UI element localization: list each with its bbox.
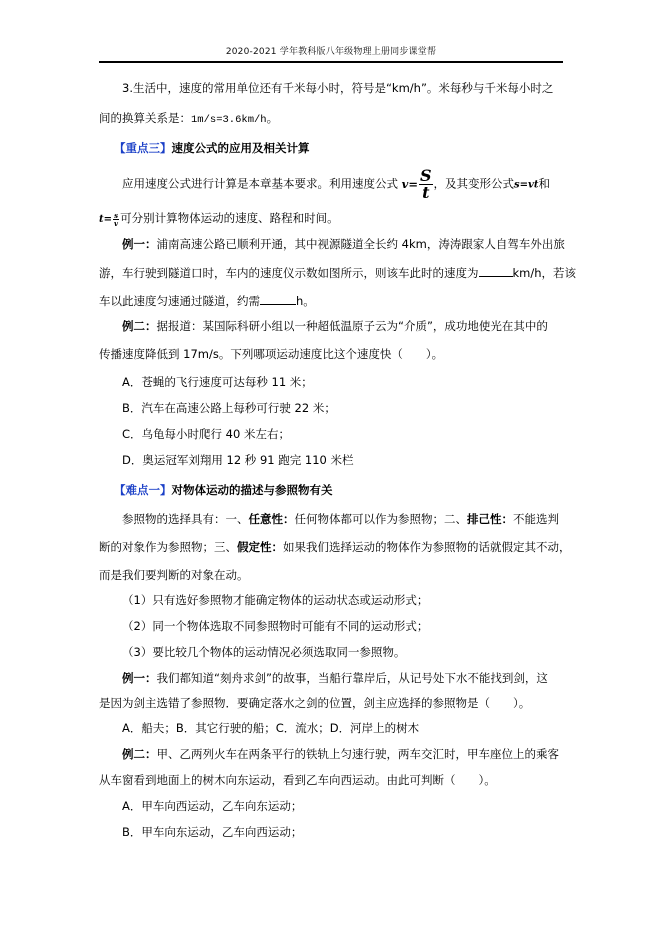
heading-title: 速度公式的应用及相关计算: [172, 141, 310, 155]
example-label: 例一：: [122, 671, 157, 685]
example-2-line-1: 例二：据报道：某国际科研小组以一种超低温原子云为“介质”，成功地使光在其中的: [122, 318, 563, 334]
example-text: 车以此速度匀速通过隧道，约需: [99, 294, 260, 308]
example-text: h。: [296, 294, 315, 308]
note-line-2: 间的换算关系是：1m/s=3.6km/h。: [99, 110, 563, 128]
paragraph-text: ，及其变形公式: [434, 177, 515, 191]
example-text: 浦南高速公路已顺利开通，其中视源隧道全长约 4km，涛涛跟家人自驾车外出旅: [157, 237, 565, 251]
difficulty-para-line-2: 断的对象作为参照物；三、假定性：如果我们选择运动的物体作为参照物的话就假定其不动…: [99, 539, 563, 555]
term-assumption: 假定性：: [237, 540, 283, 554]
answer-blank-speed[interactable]: [479, 264, 513, 277]
page-header: 2020-2021 学年教科版八年级物理上册同步课堂帮: [99, 44, 563, 57]
heading-title: 对物体运动的描述与参照物有关: [172, 483, 333, 497]
paragraph-text: 应用速度公式进行计算是本章基本要求。利用速度公式: [122, 177, 402, 191]
term-arbitrariness: 任意性：: [249, 512, 295, 526]
example-2-option-c: C．乌龟每小时爬行 40 米左右；: [122, 426, 563, 442]
key-point-heading: 【重点三】速度公式的应用及相关计算: [114, 140, 578, 156]
paragraph-text: 断的对象作为参照物；三、: [99, 540, 237, 554]
example-3-options: A．船夫；B．其它行驶的船；C．流水；D．河岸上的树木: [122, 720, 563, 736]
fraction: sv: [113, 212, 119, 227]
formula-lhs: v=: [402, 177, 418, 191]
header-rule: [99, 61, 563, 63]
answer-blank-time[interactable]: [260, 292, 296, 305]
example-2-option-d: D．奥运冠军刘翔用 12 秒 91 跑完 110 米栏: [122, 452, 563, 468]
note-line-1: 3.生活中，速度的常用单位还有千米每小时，符号是“km/h”。米每秒与千米每小时…: [122, 80, 563, 96]
example-label: 例一：: [122, 237, 157, 251]
example-2-option-a: A．苍蝇的飞行速度可达每秒 11 米；: [122, 374, 563, 390]
example-3-line-2: 是因为剑主选错了参照物．要确定落水之剑的位置，剑主应选择的参照物是（ ）。: [99, 695, 563, 711]
example-text: km/h，若该: [513, 266, 577, 280]
example-label: 例二：: [122, 747, 157, 761]
formula-paragraph-line-1: 应用速度公式进行计算是本章基本要求。利用速度公式 v=St，及其变形公式s=vt…: [122, 168, 563, 201]
example-1-line-1: 例一：浦南高速公路已顺利开通，其中视源隧道全长约 4km，涛涛跟家人自驾车外出旅: [122, 236, 563, 252]
velocity-formula: v=St: [402, 177, 434, 191]
example-4-option-b: B．甲车向东运动，乙车向西运动；: [122, 824, 563, 840]
example-text: 甲、乙两列火车在两条平行的铁轨上匀速行驶，两车交汇时，甲车座位上的乘客: [157, 747, 560, 761]
example-label: 例二：: [122, 319, 157, 333]
example-1-line-3: 车以此速度匀速通过隧道，约需h。: [99, 292, 563, 309]
example-4-option-a: A．甲车向西运动，乙车向东运动；: [122, 798, 563, 814]
note-line-2-suffix: 。: [267, 111, 279, 125]
example-3-line-1: 例一：我们都知道“刻舟求剑”的故事，当船行靠岸后，从记号处下水不能找到剑，这: [122, 670, 563, 686]
example-text: 我们都知道“刻舟求剑”的故事，当船行靠岸后，从记号处下水不能找到剑，这: [157, 671, 548, 685]
formula-lhs: t=: [99, 214, 112, 225]
difficulty-heading: 【难点一】对物体运动的描述与参照物有关: [114, 482, 578, 498]
point-3: （3）要比较几个物体的运动情况必须选取同一参照物。: [122, 644, 563, 660]
difficulty-para-line-3: 而是我们要判断的对象在动。: [99, 567, 563, 583]
example-2-option-b: B．汽车在高速公路上每秒可行驶 22 米；: [122, 400, 563, 416]
example-text: 据报道：某国际科研小组以一种超低温原子云为“介质”，成功地使光在其中的: [157, 319, 548, 333]
time-formula: t=sv: [99, 214, 120, 225]
heading-tag: 【难点一】: [114, 483, 172, 497]
example-4-line-1: 例二：甲、乙两列火车在两条平行的铁轨上匀速行驶，两车交汇时，甲车座位上的乘客: [122, 746, 563, 762]
paragraph-text: 和: [539, 177, 551, 191]
example-2-line-2: 传播速度降低到 17m/s。下列哪项运动速度比这个速度快（ ）。: [99, 346, 563, 362]
conversion-value: 1m/s=3.6km/h: [191, 114, 267, 126]
paragraph-text: 可分别计算物体运动的速度、路程和时间。: [120, 211, 339, 225]
denominator: t: [419, 185, 433, 201]
fraction: St: [419, 168, 433, 201]
paragraph-text: 如果我们选择运动的物体作为参照物的话就假定其不动，: [283, 540, 571, 554]
paragraph-text: 任何物体都可以作为参照物；二、: [295, 512, 468, 526]
difficulty-para-line-1: 参照物的选择具有：一、任意性：任何物体都可以作为参照物；二、排己性：不能选判: [122, 511, 563, 527]
point-2: （2）同一个物体选取不同参照物时可能有不同的运动形式；: [122, 618, 563, 634]
point-1: （1）只有选好参照物才能确定物体的运动状态或运动形式；: [122, 592, 563, 608]
formula-paragraph-line-2: t=sv可分别计算物体运动的速度、路程和时间。: [99, 206, 563, 232]
example-1-line-2: 游，车行驶到隧道口时，车内的速度仪示数如图所示，则该车此时的速度为km/h，若该: [99, 264, 563, 281]
note-line-2-prefix: 间的换算关系是：: [99, 111, 191, 125]
distance-formula: s=vt: [514, 180, 538, 191]
paragraph-text: 不能选判: [513, 512, 559, 526]
denominator: v: [113, 220, 119, 227]
example-4-line-2: 从车窗看到地面上的树木向东运动，看到乙车向西运动。由此可判断（ ）。: [99, 772, 563, 788]
heading-tag: 【重点三】: [114, 141, 172, 155]
example-text: 游，车行驶到隧道口时，车内的速度仪示数如图所示，则该车此时的速度为: [99, 266, 479, 280]
paragraph-text: 参照物的选择具有：一、: [122, 512, 249, 526]
term-exclusivity: 排己性：: [467, 512, 513, 526]
